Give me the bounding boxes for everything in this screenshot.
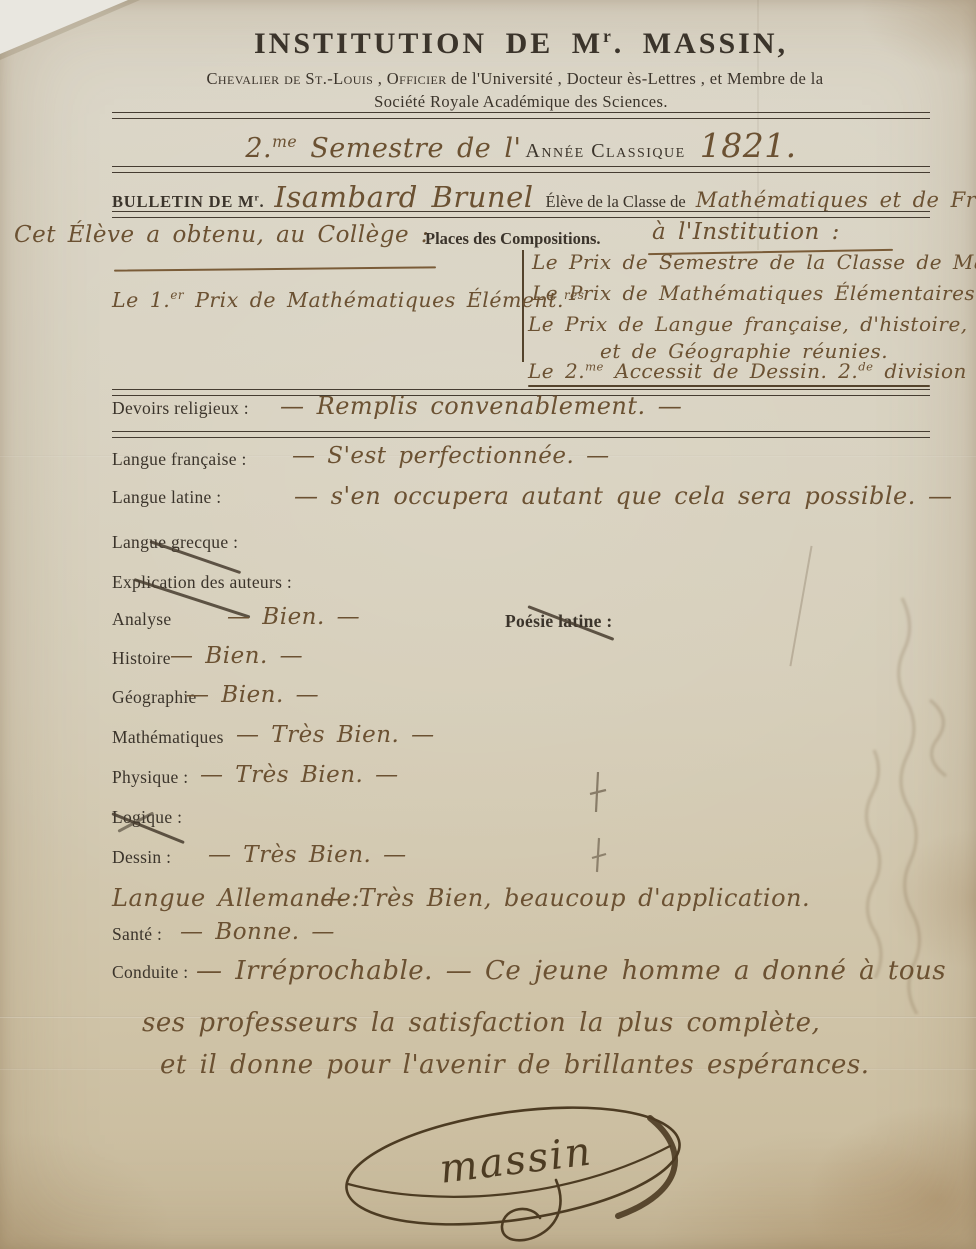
margin-pen-mark [588, 770, 608, 814]
ink-bleed-ghost [858, 590, 970, 1020]
semester-line: 2.me Semestre de l' Année Classique 1821… [112, 126, 930, 165]
horizontal-rule [112, 431, 930, 438]
conduite-continuation-line: ses professeurs la satisfaction la plus … [142, 1008, 820, 1038]
signature-flourish-loop [502, 1180, 561, 1240]
class-name: Mathématiques et de Français. [696, 188, 976, 212]
subject-row-mathematiques: Mathématiques— Très Bien. — [112, 727, 224, 748]
title-text: . MASSIN, [614, 27, 788, 60]
horizontal-rule [112, 211, 930, 218]
institution-subtitle-line1: Chevalier de St.-Louis , Officier de l'U… [100, 69, 930, 89]
subject-row-physique: Physique :— Très Bien. — [112, 767, 188, 788]
subject-row-analyse: Analyse— Bien. —Poésie latine : [112, 609, 171, 630]
year-handwritten: 1821. [700, 126, 797, 165]
places-compositions-header: Places des Compositions. [425, 229, 601, 249]
document-page: INSTITUTION DE Mr. MASSIN, Chevalier de … [0, 0, 976, 1249]
bulletin-printed-mid: Élève de la Classe de [546, 192, 686, 211]
subtitle-rest: de l'Université , Docteur ès-Lettres , e… [447, 69, 824, 88]
subtitle-titles: Chevalier de St.-Louis , Officier [207, 69, 447, 88]
subject-row-dessin: Dessin :— Très Bien. — [112, 847, 171, 868]
annee-classique-printed: Année Classique [525, 140, 685, 162]
paper-scratch [789, 546, 812, 666]
subject-row-geographie: Géographie— Bien. — [112, 687, 197, 708]
institution-prize-line: Le Prix de Langue française, d'histoire, [528, 312, 968, 336]
institution-prize-line: Le Prix de Mathématiques Élémentaires [532, 281, 975, 305]
subject-row-conduite: Conduite :— Irréprochable. — Ce jeune ho… [112, 962, 188, 983]
subject-row-langue-allemande: Langue Allemande:— Très Bien, beaucoup d… [112, 884, 360, 912]
corner-fold [0, 0, 128, 54]
subject-row-langue-francaise: Langue française :— S'est perfectionnée.… [112, 449, 247, 470]
college-prize-line: Le 1.er Prix de Mathématiques Élément.re… [112, 288, 584, 312]
handwritten-underline [528, 385, 930, 387]
conduite-continuation-line: et il donne pour l'avenir de brillantes … [160, 1050, 869, 1080]
title-superscript: r [603, 26, 614, 46]
poesie-latine-label: Poésie latine : [505, 611, 613, 632]
subject-row-histoire: Histoire— Bien. — [112, 648, 171, 669]
title-text: INSTITUTION DE M [254, 27, 603, 60]
institution-prize-line: Le 2.me Accessit de Dessin. 2.de divisio… [528, 359, 967, 383]
horizontal-rule [112, 166, 930, 173]
bulletin-line: BULLETIN DE Mr. Isambard Brunel Élève de… [112, 180, 976, 214]
semester-handwritten: 2.me Semestre de l' [245, 133, 521, 164]
subject-row-devoirs: Devoirs religieux :— Remplis convenablem… [112, 398, 249, 419]
subject-row-langue-latine: Langue latine :— s'en occupera autant qu… [112, 487, 221, 508]
institution-prize-line: Le Prix de Semestre de la Classe de Math… [532, 250, 976, 274]
institution-column-header: à l'Institution : [652, 219, 840, 245]
institution-title: INSTITUTION DE Mr. MASSIN, [112, 26, 930, 61]
handwritten-underline [114, 266, 436, 271]
institution-subtitle-line2: Société Royale Académique des Sciences. [112, 92, 930, 112]
college-column-header: Cet Élève a obtenu, au Collège : [14, 222, 429, 248]
bulletin-printed-prefix: BULLETIN DE Mr. [112, 192, 264, 211]
massin-signature: massin [318, 1088, 708, 1248]
horizontal-rule [112, 112, 930, 119]
margin-pen-mark [590, 836, 608, 874]
student-name: Isambard Brunel [274, 180, 533, 214]
subject-row-sante: Santé :— Bonne. — [112, 924, 162, 945]
